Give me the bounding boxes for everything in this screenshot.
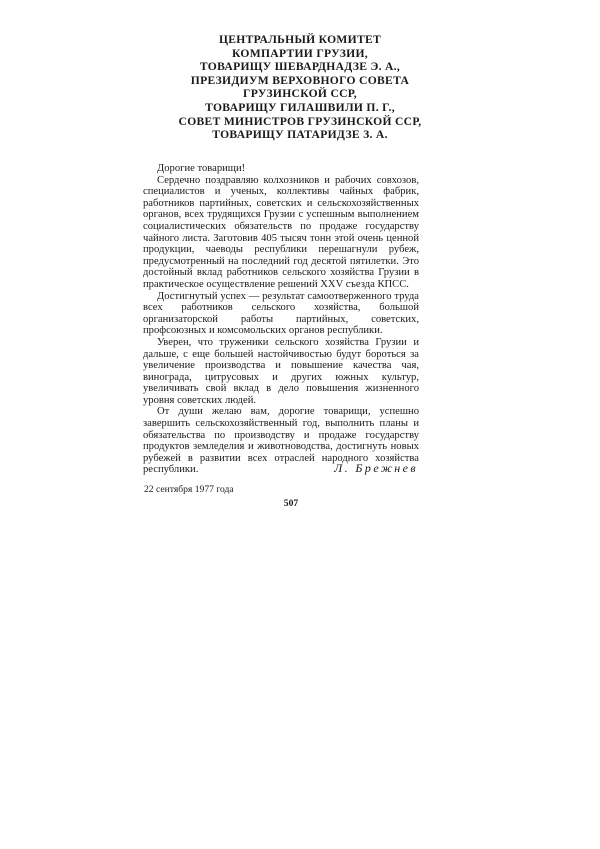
letter-paragraph: Достигнутый успех — результат самоотверж… bbox=[143, 291, 419, 337]
signature: Л. Брежнев bbox=[300, 461, 418, 476]
document-page: ЦЕНТРАЛЬНЫЙ КОМИТЕТ КОМПАРТИИ ГРУЗИИ, ТО… bbox=[0, 0, 600, 849]
addressee-line: ПРЕЗИДИУМ ВЕРХОВНОГО СОВЕТА bbox=[150, 74, 450, 88]
addressee-line: ЦЕНТРАЛЬНЫЙ КОМИТЕТ bbox=[150, 33, 450, 47]
addressee-line: ТОВАРИЩУ ПАТАРИДЗЕ З. А. bbox=[150, 128, 450, 142]
addressee-line: КОМПАРТИИ ГРУЗИИ, bbox=[150, 47, 450, 61]
letter-body: Дорогие товарищи! Сердечно поздравляю ко… bbox=[143, 163, 419, 476]
letter-paragraph: Уверен, что труженики сельского хозяйств… bbox=[143, 337, 419, 407]
letter-date: 22 сентября 1977 года bbox=[144, 484, 234, 495]
addressee-line: ГРУЗИНСКОЙ ССР, bbox=[150, 87, 450, 101]
letter-greeting: Дорогие товарищи! bbox=[143, 163, 419, 175]
addressee-line: ТОВАРИЩУ ШЕВАРДНАДЗЕ Э. А., bbox=[150, 60, 450, 74]
page-number: 507 bbox=[276, 498, 306, 509]
addressee-line: СОВЕТ МИНИСТРОВ ГРУЗИНСКОЙ ССР, bbox=[150, 115, 450, 129]
letter-paragraph: Сердечно поздравляю колхозников и рабочи… bbox=[143, 175, 419, 291]
addressee-block: ЦЕНТРАЛЬНЫЙ КОМИТЕТ КОМПАРТИИ ГРУЗИИ, ТО… bbox=[150, 33, 450, 142]
addressee-line: ТОВАРИЩУ ГИЛАШВИЛИ П. Г., bbox=[150, 101, 450, 115]
